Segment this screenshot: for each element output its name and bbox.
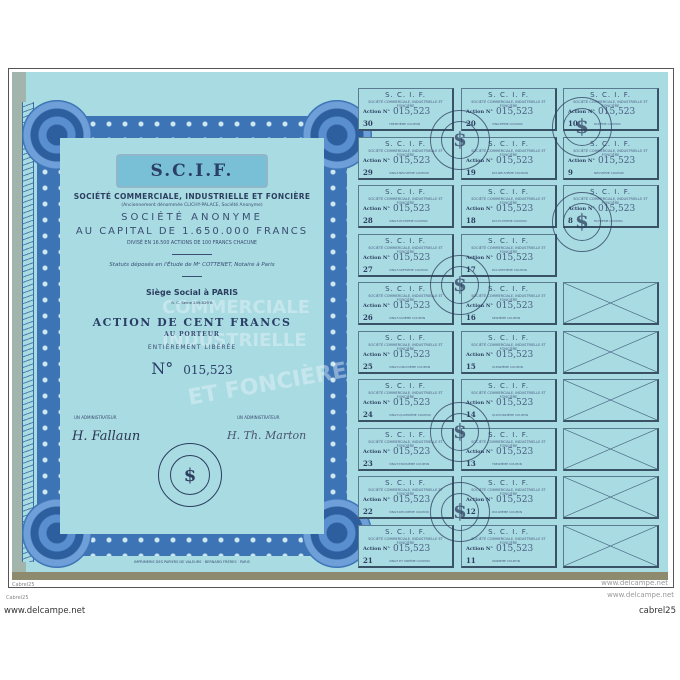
coupon-share-number: 015,523 — [496, 398, 533, 408]
cross-out-icon — [564, 526, 657, 566]
company-stamp-icon: $ — [430, 110, 490, 170]
footer-seller: cabrel25 — [639, 606, 676, 616]
company-stamp-icon: $ — [552, 192, 612, 252]
coupon-share-number: 015,523 — [393, 107, 430, 117]
coupon-share-number: 015,523 — [393, 350, 430, 360]
caption-outer-right: www.delcampe.net — [607, 591, 674, 599]
cancelled-coupon-slot — [563, 331, 659, 374]
former-name: (Anciennement dénommée CLICHY-PALACE, So… — [60, 203, 324, 208]
coupon-share-number: 015,523 — [496, 107, 533, 117]
coupon-action-label: Action N° — [363, 206, 390, 212]
share-type: ACTION DE CENT FRANCS — [60, 316, 324, 329]
coupon-share-number: 015,523 — [496, 447, 533, 457]
company-stamp-icon: $ — [552, 97, 612, 157]
coupon-action-label: Action N° — [363, 303, 390, 309]
cross-out-icon — [564, 380, 657, 420]
divider — [172, 254, 212, 255]
coupon-label: NEUVIÈME COUPON — [594, 171, 624, 175]
coupon-label: TRENTIÈME COUPON — [389, 122, 420, 126]
coupon-label: SEIZIÈME COUPON — [492, 316, 520, 320]
coupon-title: S. C. I. F. — [359, 91, 452, 99]
coupon-title: S. C. I. F. — [462, 334, 555, 342]
coupon-title: S. C. I. F. — [462, 382, 555, 390]
coupon-label: DOUZIÈME COUPON — [492, 510, 522, 514]
coupon-action-label: Action N° — [568, 158, 595, 164]
share-number: N°015,523 — [60, 359, 324, 378]
share-division: DIVISÉ EN 16.500 ACTIONS DE 100 FRANCS C… — [60, 241, 324, 246]
coupon-title: S. C. I. F. — [359, 479, 452, 487]
cross-out-icon — [564, 283, 657, 323]
coupon-label: VINGT-SEPTIÈME COUPON — [389, 268, 428, 272]
company-stamp-icon: $ — [430, 255, 490, 315]
coupon-number: 29 — [363, 168, 373, 177]
statutes-note: Statuts déposés en l'Étude de Mᵉ COTTENE… — [60, 262, 324, 268]
capital: AU CAPITAL DE 1.650.000 FRANCS — [60, 226, 324, 237]
coupon-number: 28 — [363, 216, 373, 225]
admin-label-right: UN ADMINISTRATEUR — [237, 415, 280, 420]
number-label: N° — [151, 359, 173, 378]
coupon-number: 24 — [363, 410, 373, 419]
coupon: S. C. I. F.SOCIÉTÉ COMMERCIALE, INDUSTRI… — [461, 185, 557, 228]
cancelled-coupon-slot — [563, 282, 659, 325]
coupon-share-number: 015,523 — [393, 544, 430, 554]
coupon-action-label: Action N° — [363, 497, 390, 503]
coupon-label: VINGT-HUITIÈME COUPON — [389, 219, 428, 223]
paid-status: ENTIÈREMENT LIBÉRÉE — [60, 344, 324, 351]
cross-out-icon — [564, 477, 657, 517]
coupon-share-number: 015,523 — [393, 398, 430, 408]
coupon-title: S. C. I. F. — [462, 91, 555, 99]
seal-monogram-icon: $ — [170, 455, 210, 495]
coupon-number: 27 — [363, 265, 373, 274]
coupon-number: 21 — [363, 556, 373, 565]
coupon-label: VINGT ET UNIÈME COUPON — [389, 559, 430, 563]
coupon-title: S. C. I. F. — [462, 237, 555, 245]
coupon-label: ONZIÈME COUPON — [492, 559, 520, 563]
coupon-share-number: 015,523 — [496, 156, 533, 166]
coupon-number: 11 — [466, 556, 476, 565]
coupon: S. C. I. F.SOCIÉTÉ COMMERCIALE, INDUSTRI… — [358, 185, 454, 228]
coupon-number: 9 — [568, 168, 573, 177]
coupon-share-number: 015,523 — [393, 447, 430, 457]
head-office: Siège Social à PARIS — [60, 288, 324, 297]
cancelled-coupon-slot — [563, 476, 659, 519]
coupon-share-number: 015,523 — [393, 301, 430, 311]
coupon-label: TREIZIÈME COUPON — [492, 462, 522, 466]
cancelled-coupon-slot — [563, 379, 659, 422]
coupon-label: VINGT-NEUVIÈME COUPON — [389, 171, 429, 175]
cancelled-coupon-slot — [563, 428, 659, 471]
coupon-title: S. C. I. F. — [359, 188, 452, 196]
coupon-label: DIX-SEPTIÈME COUPON — [492, 268, 527, 272]
coupon-action-label: Action N° — [363, 352, 390, 358]
divider — [182, 276, 202, 277]
bearer-label: AU PORTEUR — [60, 331, 324, 338]
coupon-share-number: 015,523 — [393, 495, 430, 505]
coupon-number: 25 — [363, 362, 373, 371]
signature-left: H. Fallaun — [72, 429, 140, 444]
coupon-number: 22 — [363, 507, 373, 516]
company-type: SOCIÉTÉ ANONYME — [60, 212, 324, 223]
company-stamp-icon: $ — [430, 402, 490, 462]
coupon-action-label: Action N° — [363, 400, 390, 406]
coupon-label: VINGT-QUATRIÈME COUPON — [389, 413, 431, 417]
coupon-action-label: Action N° — [363, 449, 390, 455]
coupon-number: 30 — [363, 119, 373, 128]
coupon-action-label: Action N° — [363, 546, 390, 552]
coupon-label: VINGTIÈME COUPON — [492, 122, 523, 126]
coupon-share-number: 015,523 — [393, 156, 430, 166]
coupon-action-label: Action N° — [466, 206, 493, 212]
coupon-number: 26 — [363, 313, 373, 322]
title-cartouche: S.C.I.F. — [116, 154, 268, 188]
footer-link[interactable]: www.delcampe.net — [4, 606, 85, 616]
coupon-action-label: Action N° — [363, 109, 390, 115]
caption-inner-right: www.delcampe.net — [601, 579, 668, 587]
printer-imprint: IMPRIMERIE DES PAPIERS DE VALEURS · BERN… — [60, 560, 324, 564]
coupon-label: QUINZIÈME COUPON — [492, 365, 523, 369]
coupon-label: VINGT-TROISIÈME COUPON — [389, 462, 429, 466]
coupon-share-number: 015,523 — [496, 350, 533, 360]
guilloche-strip — [22, 102, 34, 562]
company-stamp-icon: $ — [430, 482, 490, 542]
coupon-label: DIX-HUITIÈME COUPON — [492, 219, 527, 223]
coupon-share-number: 015,523 — [598, 156, 635, 166]
cancelled-coupon-slot — [563, 525, 659, 568]
coupon-label: VINGT-SIXIÈME COUPON — [389, 316, 425, 320]
coupon: S. C. I. F.SOCIÉTÉ COMMERCIALE, INDUSTRI… — [461, 331, 557, 374]
share-certificate: COMMERCIALE INDUSTRIELLE ET FONCIÈRE S.C… — [12, 72, 668, 580]
number-value: 015,523 — [183, 363, 233, 377]
coupon-action-label: Action N° — [466, 546, 493, 552]
coupon-share-number: 015,523 — [496, 544, 533, 554]
coupon-share-number: 015,523 — [393, 253, 430, 263]
coupon-share-number: 015,523 — [496, 495, 533, 505]
cross-out-icon — [564, 332, 657, 372]
coupon-share-number: 015,523 — [393, 204, 430, 214]
coupon-title: S. C. I. F. — [359, 382, 452, 390]
coupon-label: DIX-NEUVIÈME COUPON — [492, 171, 528, 175]
coupon-action-label: Action N° — [466, 352, 493, 358]
caption-outer-left: Cabrel25 — [6, 595, 29, 601]
admin-label-left: UN ADMINISTRATEUR — [74, 415, 117, 420]
company-seal: $ — [158, 443, 222, 507]
coupon-title: S. C. I. F. — [462, 188, 555, 196]
coupon: S. C. I. F.SOCIÉTÉ COMMERCIALE, INDUSTRI… — [358, 331, 454, 374]
paper-bottom-edge — [12, 572, 668, 580]
coupon-number: 16 — [466, 313, 476, 322]
coupon-title: S. C. I. F. — [359, 237, 452, 245]
trade-register: R. C. Seine 249.829 B — [60, 300, 324, 305]
coupon-action-label: Action N° — [363, 158, 390, 164]
coupon-label: VINGT-CINQUIÈME COUPON — [389, 365, 430, 369]
coupon-label: QUATORZIÈME COUPON — [492, 413, 528, 417]
coupon-action-label: Action N° — [363, 255, 390, 261]
coupon-share-number: 015,523 — [496, 301, 533, 311]
coupon-number: 18 — [466, 216, 476, 225]
caption-inner-left: Cabrel25 — [12, 582, 35, 588]
coupon-title: S. C. I. F. — [359, 334, 452, 342]
coupon-number: 23 — [363, 459, 373, 468]
company-name: SOCIÉTÉ COMMERCIALE, INDUSTRIELLE ET FON… — [60, 192, 324, 201]
signature-right: H. Th. Marton — [227, 429, 306, 442]
coupon-share-number: 015,523 — [496, 204, 533, 214]
coupon-number: 15 — [466, 362, 476, 371]
coupon-label: VINGT-DEUXIÈME COUPON — [389, 510, 429, 514]
certificate-title: S.C.I.F. — [151, 161, 234, 181]
cross-out-icon — [564, 429, 657, 469]
coupon-share-number: 015,523 — [496, 253, 533, 263]
